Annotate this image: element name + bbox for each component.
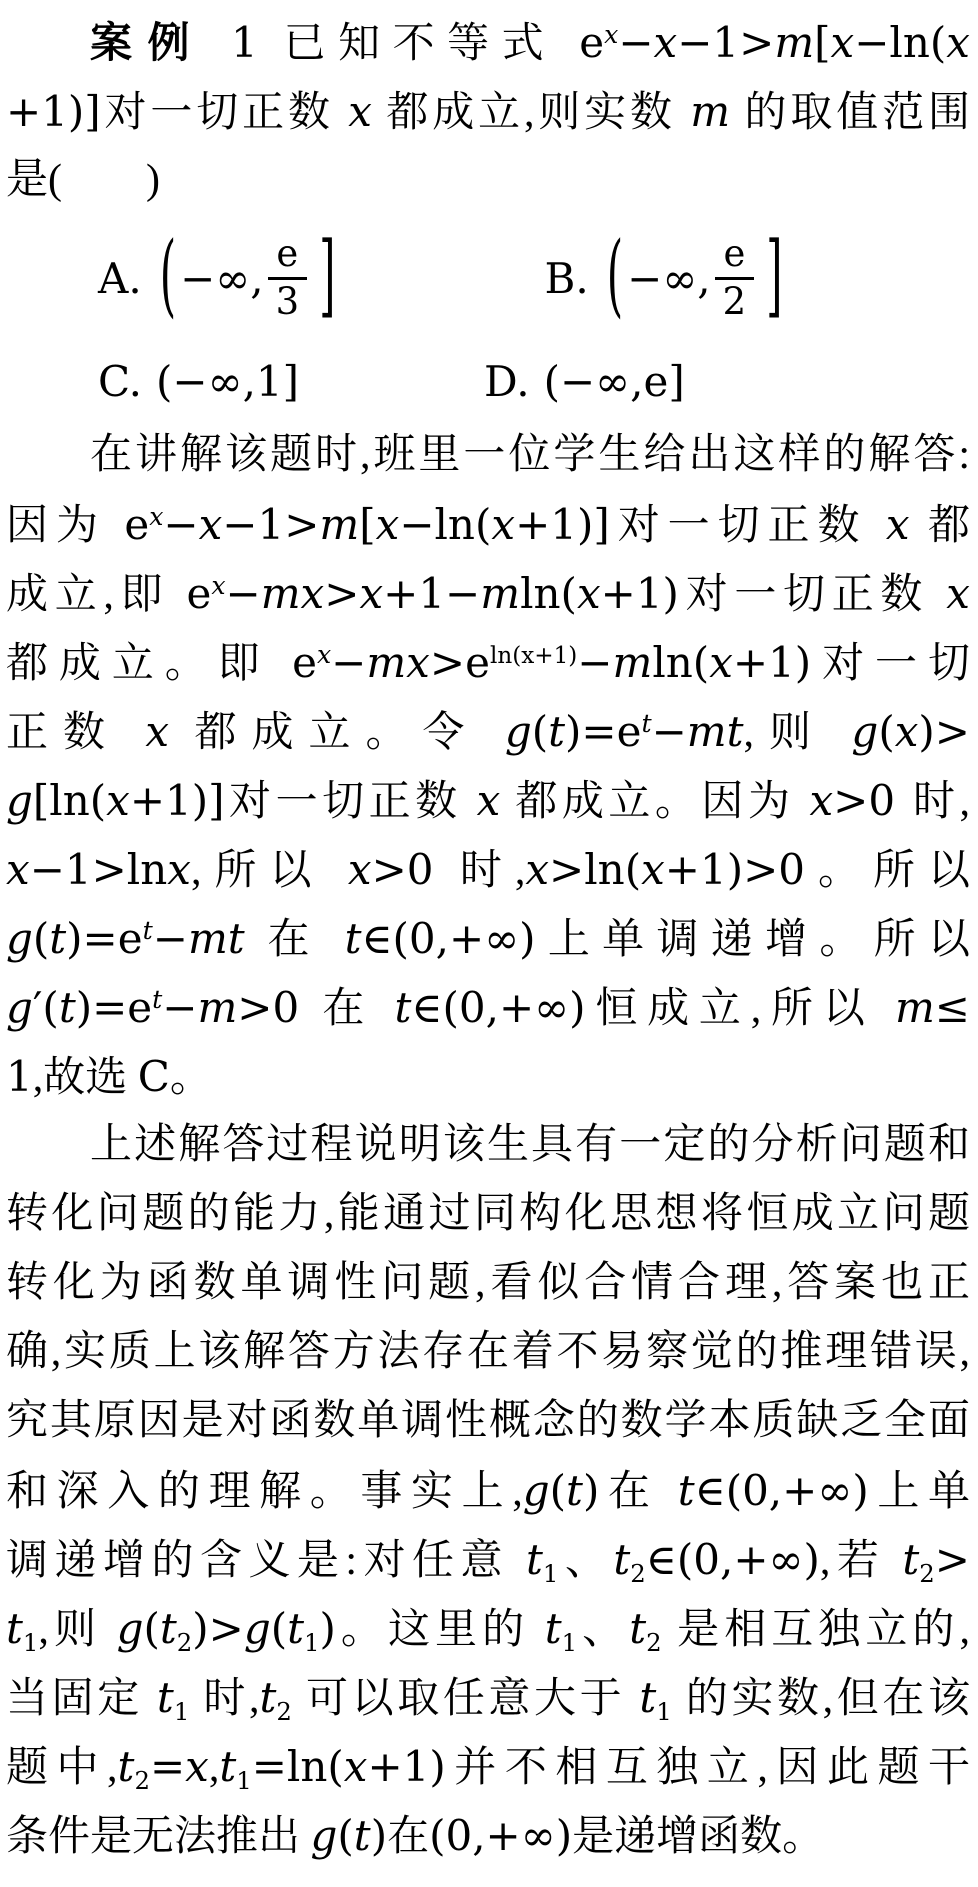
math-variable: g — [851, 707, 878, 756]
subscript-index: 2 — [630, 1559, 646, 1588]
math-run: − — [162, 983, 197, 1032]
math-run: )= — [66, 914, 118, 963]
math-variable: x — [167, 845, 191, 894]
big-bracket: ] — [319, 200, 335, 348]
math-run: ( — [532, 707, 548, 756]
math-variable: mt — [687, 707, 744, 756]
math-run: (0,+∞) — [429, 1811, 572, 1860]
math-run: > — [430, 638, 465, 687]
math-run: e — [118, 914, 143, 963]
math-run: ∈(0,+∞) — [361, 914, 535, 963]
math-run: − — [226, 569, 261, 618]
math-variable: t — [545, 1604, 562, 1653]
text-run: 确,实质上该解答方法存在着不易察觉的推理错误, — [6, 1329, 970, 1375]
math-variable: t — [59, 983, 76, 1032]
math-run: +1)>0 — [665, 845, 805, 894]
text-run: ,则 — [744, 710, 852, 756]
analysis-line-3: 转化为函数单调性问题,看似合情合理,答案也正 — [6, 1249, 970, 1318]
text-run: 在 — [599, 1469, 677, 1515]
math-variable: x — [6, 845, 30, 894]
analysis-line-9: 当固定 t1 时,t2 可以取任意大于 t1 的实数,但在该 — [6, 1663, 970, 1732]
math-run: 1 — [6, 1052, 33, 1101]
solution-line-6: g[ln(x+1)]对一切正数 x 都成立。因为 x>0 时, — [6, 766, 970, 835]
math-run: − — [331, 638, 366, 687]
math-run: ( — [337, 1811, 353, 1860]
math-run: +1)] — [130, 776, 225, 825]
math-variable: x — [946, 569, 970, 618]
text-run: 。 — [170, 1055, 212, 1101]
analysis-line-2: 转化问题的能力,能通过同构化思想将恒成立问题 — [6, 1180, 970, 1249]
text-run: 是( ) — [6, 157, 160, 203]
superscript-variable: x — [149, 502, 163, 531]
document-page: 案例 1 已知不等式 ex−x−1>m[x−ln(x+1)]对一切正数 x 都成… — [0, 0, 978, 1887]
math-variable: g — [244, 1604, 271, 1653]
math-variable: m — [319, 500, 359, 549]
fraction-numerator: e — [715, 235, 753, 277]
math-run: > — [935, 1535, 970, 1584]
analysis-line-4: 确,实质上该解答方法存在着不易察觉的推理错误, — [6, 1318, 970, 1387]
subscript-index: 2 — [177, 1628, 193, 1657]
math-variable: t — [566, 1466, 583, 1515]
option-b-value: −∞, — [627, 244, 711, 313]
math-run: −1> — [677, 18, 774, 67]
superscript-variable: x — [211, 571, 225, 600]
subscript-index: 1 — [562, 1628, 578, 1657]
math-run: − — [577, 638, 612, 687]
math-variable: x — [145, 707, 169, 756]
text-run: 时, — [460, 848, 526, 894]
option-b-label: B. — [545, 244, 589, 313]
math-run: >ln( — [549, 845, 641, 894]
math-variable: x — [199, 500, 223, 549]
fraction-denominator: 2 — [715, 277, 755, 322]
math-variable: x — [831, 18, 855, 67]
math-run: )= — [565, 707, 617, 756]
text-run: 是相互独立的, — [662, 1607, 970, 1653]
case-number: 1 — [205, 18, 283, 67]
text-run: 是递增函数。 — [572, 1814, 824, 1860]
text-run: 上单 — [869, 1469, 970, 1515]
math-variable: t — [548, 707, 565, 756]
text-run: 可以取任意大于 — [292, 1676, 639, 1722]
text-run: 都成立。即 — [6, 641, 292, 687]
math-variable: t — [49, 914, 66, 963]
math-variable: t — [287, 1604, 304, 1653]
analysis-line-11: 条件是无法推出 g(t)在(0,+∞)是递增函数。 — [6, 1801, 970, 1870]
math-run: ′( — [33, 983, 59, 1032]
math-variable: x — [348, 87, 372, 136]
math-run: −1> — [222, 500, 319, 549]
text-run: 。这里的 — [336, 1607, 545, 1653]
math-variable: g — [117, 1604, 144, 1653]
math-variable: t — [902, 1535, 919, 1584]
big-bracket: ] — [766, 200, 782, 348]
math-variable: x — [886, 500, 910, 549]
text-run: 恒成立,所以 — [586, 986, 895, 1032]
math-run: ( — [271, 1604, 287, 1653]
math-run: )> — [918, 707, 970, 756]
text-run: ,若 — [820, 1538, 902, 1584]
math-variable: t — [6, 1604, 23, 1653]
superscript-variable: x — [317, 640, 331, 669]
math-run: e — [124, 500, 149, 549]
text-run: 转化问题的能力,能通过同构化思想将恒成立问题 — [6, 1191, 970, 1237]
math-run: −ln( — [854, 18, 946, 67]
math-run: ( — [33, 914, 49, 963]
subscript-index: 2 — [919, 1559, 935, 1588]
text-run: 时, — [913, 779, 970, 825]
math-run: +1) — [367, 1742, 445, 1791]
paragraph-question: 案例 1 已知不等式 ex−x−1>m[x−ln(x+1)]对一切正数 x 都成… — [6, 8, 970, 421]
math-run: e — [186, 569, 211, 618]
math-run: >0 — [372, 845, 460, 894]
analysis-line-7: 调递增的含义是:对任意 t1、t2∈(0,+∞),若 t2> — [6, 1525, 970, 1594]
text-run: 、 — [558, 1538, 613, 1584]
subscript-index: 1 — [174, 1697, 190, 1726]
text-run: 都成立,则实数 — [372, 90, 690, 136]
solution-line-10: 1,故选 C。 — [6, 1042, 970, 1111]
analysis-line-6: 和深入的理解。事实上,g(t)在 t∈(0,+∞)上单 — [6, 1456, 970, 1525]
option-a-value: −∞, — [180, 244, 264, 313]
math-variable: g — [523, 1466, 550, 1515]
math-variable: x — [809, 776, 833, 825]
superscript-variable: t — [143, 916, 153, 945]
math-run: [ln( — [33, 776, 106, 825]
math-run: ) — [371, 1811, 387, 1860]
text-run: 在 — [245, 917, 345, 963]
subscript-index: 1 — [23, 1628, 39, 1657]
math-variable: t — [118, 1742, 135, 1791]
math-run: =ln( — [252, 1742, 344, 1791]
math-run: ( — [143, 1604, 159, 1653]
option-b-fraction: e2 — [715, 235, 755, 322]
text-run: 成立,即 — [6, 572, 186, 618]
text-run: 。所以 — [805, 848, 970, 894]
math-run: )= — [76, 983, 128, 1032]
math-variable: x — [577, 569, 601, 618]
math-run: e — [579, 18, 604, 67]
math-run: −ln( — [399, 500, 491, 549]
math-variable: x — [946, 18, 970, 67]
math-run: +1) — [601, 569, 679, 618]
superscript-variable: x — [604, 20, 618, 49]
math-variable: t — [345, 914, 362, 963]
big-paren: ( — [607, 200, 623, 348]
text-run: ,则 — [38, 1607, 116, 1653]
math-run: − — [153, 914, 188, 963]
math-run: ) — [583, 1466, 599, 1515]
math-run: e — [292, 638, 317, 687]
option-d-value: (−∞,e] — [544, 347, 685, 416]
math-run: )> — [192, 1604, 244, 1653]
text-run: 都成立。令 — [169, 710, 505, 756]
math-run: e — [617, 707, 642, 756]
document-content: 案例 1 已知不等式 ex−x−1>m[x−ln(x+1)]对一切正数 x 都成… — [6, 8, 970, 1870]
analysis-line-1: 上述解答过程说明该生具有一定的分析问题和 — [6, 1111, 970, 1180]
option-d-label: D. — [484, 347, 530, 416]
subscript-index: 2 — [276, 1697, 292, 1726]
math-run: C — [138, 1052, 170, 1101]
subscript-index: 1 — [236, 1766, 252, 1795]
text-run: 已知不等式 — [284, 21, 580, 67]
text-run: 对一切正数 — [225, 779, 477, 825]
option-c-value: (−∞,1] — [156, 347, 299, 416]
text-run: 都 — [910, 503, 970, 549]
solution-line-5: 正数 x 都成立。令 g(t)=et−mt,则 g(x)> — [6, 697, 970, 766]
math-run: e — [127, 983, 152, 1032]
math-run: − — [163, 500, 198, 549]
math-variable: x — [376, 500, 400, 549]
math-variable: t — [260, 1673, 277, 1722]
subscript-index: 1 — [656, 1697, 672, 1726]
math-run: ∈(0,+∞) — [695, 1466, 869, 1515]
text-run: ,所以 — [191, 848, 348, 894]
solution-line-2: 因为 ex−x−1>m[x−ln(x+1)]对一切正数 x 都 — [6, 490, 970, 559]
math-run: ) — [319, 1604, 335, 1653]
math-variable: t — [678, 1466, 695, 1515]
superscript-expression: ln(x+1) — [490, 643, 577, 669]
math-variable: x — [709, 638, 733, 687]
solution-line-9: g′(t)=et−m>0 在 t∈(0,+∞)恒成立,所以 m≤ — [6, 973, 970, 1042]
text-run: 上单调递增。所以 — [536, 917, 970, 963]
math-run: [ — [814, 18, 830, 67]
option-a-label: A. — [98, 244, 142, 313]
text-run: 的实数,但在该 — [672, 1676, 970, 1722]
math-run: ( — [878, 707, 894, 756]
math-run: ∈(0,+∞) — [411, 983, 585, 1032]
math-run: ≤ — [935, 983, 970, 1032]
solution-line-3: 成立,即 ex−mx>x+1−mln(x+1)对一切正数 x — [6, 559, 970, 628]
math-variable: x — [106, 776, 130, 825]
math-variable: t — [354, 1811, 371, 1860]
math-run: = — [150, 1742, 185, 1791]
math-variable: m — [895, 983, 935, 1032]
text-run: 对一切 — [811, 641, 970, 687]
math-run: >0 — [833, 776, 913, 825]
math-run: − — [618, 18, 653, 67]
math-variable: mx — [261, 569, 325, 618]
math-variable: m — [774, 18, 814, 67]
math-variable: t — [395, 983, 412, 1032]
math-variable: t — [160, 1604, 177, 1653]
math-variable: g — [311, 1811, 338, 1860]
analysis-line-10: 题中,t2=x,t1=ln(x+1)并不相互独立,因此题干 — [6, 1732, 970, 1801]
math-run: ln( — [520, 569, 577, 618]
math-run: > — [324, 569, 359, 618]
text-run: 题中, — [6, 1745, 118, 1791]
text-run: 条件是无法推出 — [6, 1814, 311, 1860]
text-run: 对一切正数 — [610, 503, 886, 549]
math-variable: m — [480, 569, 520, 618]
math-variable: x — [654, 18, 678, 67]
math-variable: x — [185, 1742, 209, 1791]
paragraph-student-solution: 在讲解该题时,班里一位学生给出这样的解答:因为 ex−x−1>m[x−ln(x+… — [6, 421, 970, 1111]
text-run: 在 — [387, 1814, 429, 1860]
text-run: 的取值范围 — [730, 90, 970, 136]
math-variable: x — [359, 569, 383, 618]
text-run: 当固定 — [6, 1676, 157, 1722]
paragraph-analysis: 上述解答过程说明该生具有一定的分析问题和转化问题的能力,能通过同构化思想将恒成立… — [6, 1111, 970, 1870]
text-run: 都成立。因为 — [500, 779, 809, 825]
math-run: ln( — [652, 638, 709, 687]
math-variable: t — [639, 1673, 656, 1722]
math-run: +1) — [733, 638, 811, 687]
math-run: +1− — [383, 569, 480, 618]
solution-line-1: 在讲解该题时,班里一位学生给出这样的解答: — [6, 421, 970, 490]
solution-line-8: g(t)=et−mt 在 t∈(0,+∞)上单调递增。所以 — [6, 904, 970, 973]
question-line-3: 是( ) — [6, 146, 970, 215]
option-c-label: C. — [98, 347, 142, 416]
text-run: 时, — [189, 1676, 259, 1722]
solution-line-7: x−1>lnx,所以 x>0 时,x>ln(x+1)>0。所以 — [6, 835, 970, 904]
text-run: , — [209, 1745, 220, 1791]
math-run: >0 — [237, 983, 322, 1032]
text-run: ,故选 — [33, 1055, 138, 1101]
math-variable: m — [197, 983, 237, 1032]
math-variable: g — [6, 914, 33, 963]
math-variable: g — [6, 983, 33, 1032]
option-a-fraction: e3 — [268, 235, 308, 322]
math-variable: mx — [366, 638, 430, 687]
math-variable: g — [505, 707, 532, 756]
text-run: 对一切正数 — [101, 90, 349, 136]
math-variable: x — [895, 707, 919, 756]
subscript-index: 2 — [134, 1766, 150, 1795]
math-variable: x — [344, 1742, 368, 1791]
math-run: ( — [550, 1466, 566, 1515]
math-variable: x — [491, 500, 515, 549]
options-row-2: C.(−∞,1]D.(−∞,e] — [6, 341, 970, 421]
math-variable: x — [525, 845, 549, 894]
subscript-index: 1 — [543, 1559, 559, 1588]
math-run: ∈(0,+∞) — [646, 1535, 820, 1584]
text-run: 调递增的含义是:对任意 — [6, 1538, 526, 1584]
options-row-1: A.(−∞,e3]B.(−∞,e2] — [6, 215, 970, 341]
math-variable: x — [477, 776, 501, 825]
text-run: 在讲解该题时,班里一位学生给出这样的解答: — [90, 432, 970, 478]
math-variable: t — [629, 1604, 646, 1653]
text-run: 并不相互独立,因此题干 — [446, 1745, 970, 1791]
text-run: 正数 — [6, 710, 145, 756]
math-variable: g — [6, 776, 33, 825]
superscript-variable: t — [641, 709, 651, 738]
math-variable: t — [219, 1742, 236, 1791]
subscript-index: 1 — [304, 1628, 320, 1657]
question-line-1: 案例 1 已知不等式 ex−x−1>m[x−ln(x — [6, 8, 970, 77]
math-run: +1)] — [515, 500, 610, 549]
math-run: +1)] — [6, 87, 101, 136]
question-line-2: +1)]对一切正数 x 都成立,则实数 m 的取值范围 — [6, 77, 970, 146]
math-variable: mt — [188, 914, 245, 963]
math-run: [ — [359, 500, 375, 549]
math-run: −1>ln — [30, 845, 168, 894]
text-run: 究其原因是对函数单调性概念的数学本质缺乏全面 — [6, 1398, 970, 1444]
math-variable: x — [641, 845, 665, 894]
case-label: 案例 — [90, 18, 205, 67]
text-run: 上述解答过程说明该生具有一定的分析问题和 — [90, 1122, 970, 1168]
analysis-line-5: 究其原因是对函数单调性概念的数学本质缺乏全面 — [6, 1387, 970, 1456]
text-run: 在 — [322, 986, 394, 1032]
math-variable: m — [690, 87, 730, 136]
text-run: 和深入的理解。事实上, — [6, 1469, 523, 1515]
fraction-numerator: e — [268, 235, 306, 277]
math-run: e — [465, 638, 490, 687]
text-run: 因为 — [6, 503, 124, 549]
math-variable: t — [526, 1535, 543, 1584]
text-run: 、 — [577, 1607, 629, 1653]
analysis-line-8: t1,则 g(t2)>g(t1)。这里的 t1、t2 是相互独立的, — [6, 1594, 970, 1663]
math-run: − — [652, 707, 687, 756]
solution-line-4: 都成立。即 ex−mx>eln(x+1)−mln(x+1)对一切 — [6, 628, 970, 697]
math-variable: m — [613, 638, 653, 687]
big-paren: ( — [160, 200, 176, 348]
math-variable: t — [157, 1673, 174, 1722]
superscript-variable: t — [152, 985, 162, 1014]
math-variable: x — [348, 845, 372, 894]
subscript-index: 2 — [646, 1628, 662, 1657]
fraction-denominator: 3 — [268, 277, 308, 322]
text-run: 对一切正数 — [679, 572, 946, 618]
text-run: 转化为函数单调性问题,看似合情合理,答案也正 — [6, 1260, 970, 1306]
math-variable: t — [613, 1535, 630, 1584]
